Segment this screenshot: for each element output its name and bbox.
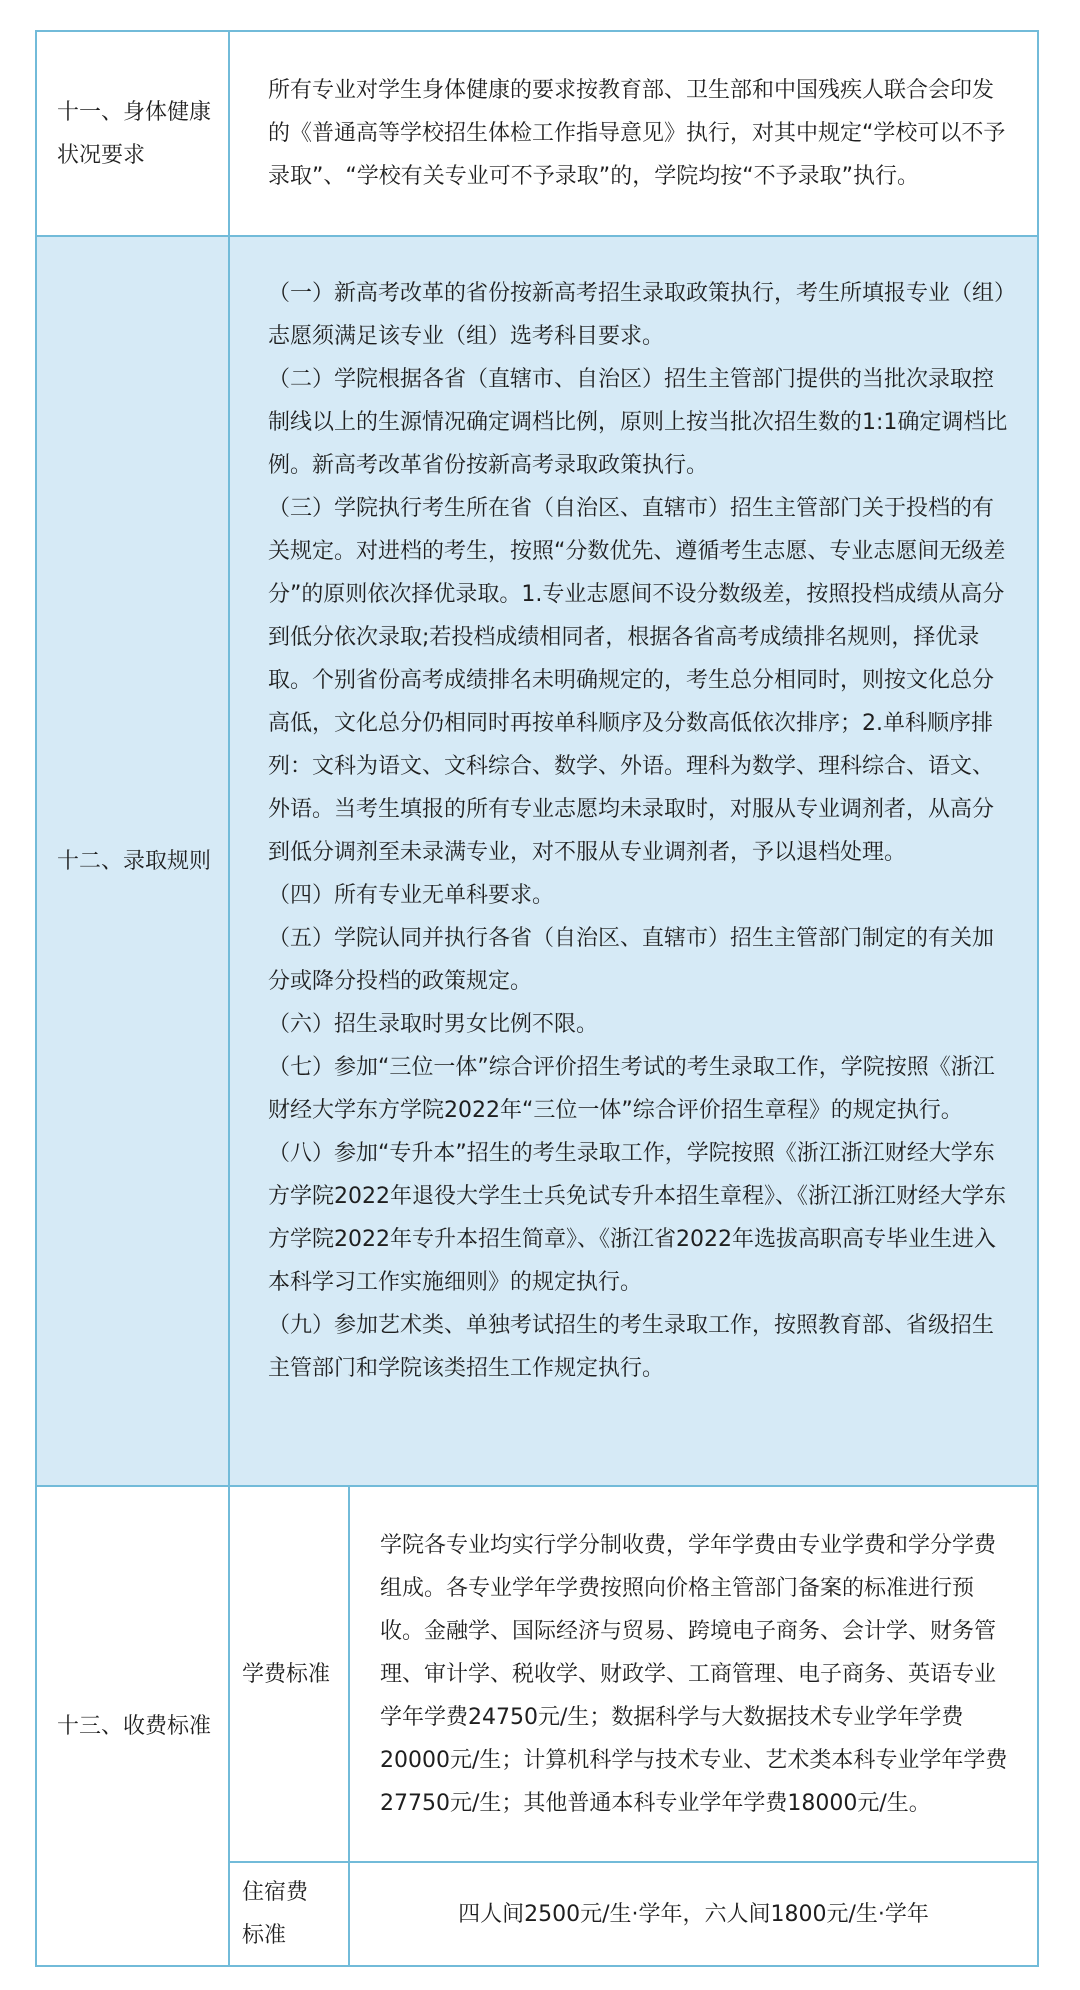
rule-item-9: （九）参加艺术类、单独考试招生的考生录取工作，按照教育部、省级招生主管部门和学院… xyxy=(268,1304,1010,1390)
row-content-admission: （一）新高考改革的省份按新高考招生录取政策执行，考生所填报专业（组）志愿须满足该… xyxy=(230,237,1037,1485)
row-label-admission: 十二、录取规则 xyxy=(37,237,230,1485)
row-label-text: 十一、身体健康状况要求 xyxy=(57,91,228,177)
fee-sub-table: 学费标准 学院各专业均实行学分制收费，学年学费由专业学费和学分学费组成。各专业学… xyxy=(230,1487,1037,1965)
rule-item-1: （一）新高考改革的省份按新高考招生录取政策执行，考生所填报专业（组）志愿须满足该… xyxy=(268,272,1010,358)
row-label-text: 十二、录取规则 xyxy=(57,840,211,883)
rule-item-5: （五）学院认同并执行各省（自治区、直辖市）招生主管部门制定的有关加分或降分投档的… xyxy=(268,917,1010,1003)
rule-item-7: （七）参加“三位一体”综合评价招生考试的考生录取工作，学院按照《浙江财经大学东方… xyxy=(268,1046,1010,1132)
tuition-text: 学院各专业均实行学分制收费，学年学费由专业学费和学分学费组成。各专业学年学费按照… xyxy=(380,1524,1017,1825)
sub-row-tuition: 学费标准 学院各专业均实行学分制收费，学年学费由专业学费和学分学费组成。各专业学… xyxy=(230,1487,1037,1861)
table-row-fees: 十三、收费标准 学费标准 学院各专业均实行学分制收费，学年学费由专业学费和学分学… xyxy=(37,1485,1037,1965)
rule-item-8: （八）参加“专升本”招生的考生录取工作，学院按照《浙江浙江财经大学东方学院202… xyxy=(268,1132,1010,1304)
accommodation-content: 四人间2500元/生·学年，六人间1800元/生·学年 xyxy=(350,1863,1037,1965)
rule-item-3: （三）学院执行考生所在省（自治区、直辖市）招生主管部门关于投档的有关规定。对进档… xyxy=(268,487,1010,874)
accommodation-text: 四人间2500元/生·学年，六人间1800元/生·学年 xyxy=(458,1893,929,1936)
row-label-health: 十一、身体健康状况要求 xyxy=(37,32,230,235)
health-requirements-text: 所有专业对学生身体健康的要求按教育部、卫生部和中国残疾人联合会印发的《普通高等学… xyxy=(268,69,1010,198)
sub-label-text: 住宿费标准 xyxy=(242,1871,314,1957)
tuition-content: 学院各专业均实行学分制收费，学年学费由专业学费和学分学费组成。各专业学年学费按照… xyxy=(350,1487,1037,1861)
rule-item-4: （四）所有专业无单科要求。 xyxy=(268,874,1010,917)
rule-item-6: （六）招生录取时男女比例不限。 xyxy=(268,1003,1010,1046)
table-row-health-requirements: 十一、身体健康状况要求 所有专业对学生身体健康的要求按教育部、卫生部和中国残疾人… xyxy=(37,32,1037,235)
admission-rules-table: 十一、身体健康状况要求 所有专业对学生身体健康的要求按教育部、卫生部和中国残疾人… xyxy=(35,30,1039,1967)
sub-label-text: 学费标准 xyxy=(242,1653,330,1696)
sub-label-tuition: 学费标准 xyxy=(230,1487,350,1861)
row-content-health: 所有专业对学生身体健康的要求按教育部、卫生部和中国残疾人联合会印发的《普通高等学… xyxy=(230,32,1037,235)
table-row-admission-rules: 十二、录取规则 （一）新高考改革的省份按新高考招生录取政策执行，考生所填报专业（… xyxy=(37,235,1037,1485)
rule-item-2: （二）学院根据各省（直辖市、自治区）招生主管部门提供的当批次录取控制线以上的生源… xyxy=(268,358,1010,487)
row-label-fees: 十三、收费标准 xyxy=(37,1487,230,1965)
row-label-text: 十三、收费标准 xyxy=(57,1705,211,1748)
sub-row-accommodation: 住宿费标准 四人间2500元/生·学年，六人间1800元/生·学年 xyxy=(230,1861,1037,1965)
sub-label-accommodation: 住宿费标准 xyxy=(230,1863,350,1965)
